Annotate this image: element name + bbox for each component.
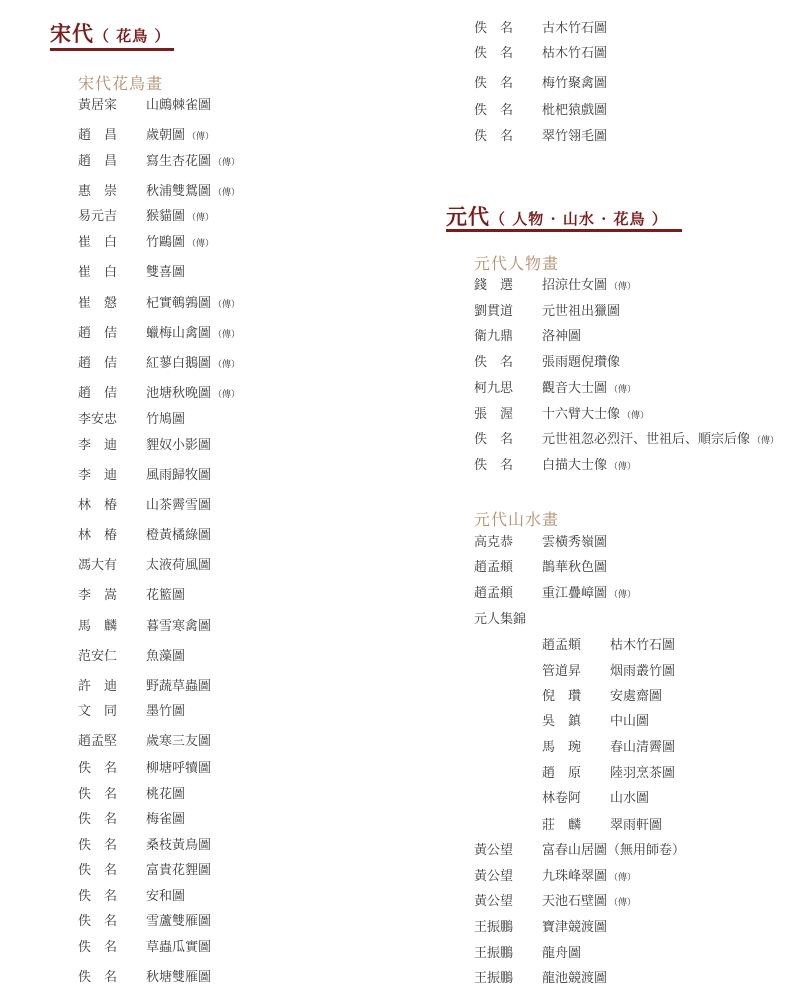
attribution-note: （傳） xyxy=(213,360,240,370)
painting-title: 雪蘆雙雁圖 xyxy=(146,913,213,932)
artist-name: 柯九思 xyxy=(474,380,534,398)
artist-name: 易元吉 xyxy=(78,208,138,226)
painting-title-text: 花籃圖 xyxy=(146,588,185,603)
painting-title: 龍舟圖 xyxy=(542,945,583,964)
artist-name: 高克恭 xyxy=(474,534,534,552)
painting-title-text: 梅雀圖 xyxy=(146,812,185,827)
attribution-note: （傳） xyxy=(622,411,649,421)
painting-title-text: 桑枝黃鳥圖 xyxy=(146,838,211,853)
artist-name: 崔 慤 xyxy=(78,295,138,313)
painting-title: 九珠峰翠圖（傳） xyxy=(542,868,636,887)
attribution-note: （傳） xyxy=(752,436,779,446)
painting-title-text: 安處齋圖 xyxy=(610,689,662,704)
painting-title: 梅雀圖 xyxy=(146,811,187,830)
painting-title-text: 招涼仕女圖 xyxy=(542,278,607,293)
painting-title: 紅蓼白鵝圖（傳） xyxy=(146,355,240,374)
painting-title: 歲寒三友圖 xyxy=(146,733,213,752)
painting-title-text: 觀音大士圖 xyxy=(542,381,607,396)
painting-title: 橙黃橘綠圖 xyxy=(146,527,213,546)
painting-title-text: 安和圖 xyxy=(146,889,185,904)
attribution-note: （傳） xyxy=(213,300,240,310)
artist-name: 佚 名 xyxy=(474,20,534,38)
artist-name: 佚 名 xyxy=(78,811,138,829)
artist-name: 佚 名 xyxy=(474,457,534,475)
painting-title-text: 歲朝圖 xyxy=(146,128,185,143)
attribution-note: （傳） xyxy=(609,385,636,395)
painting-title: 竹鳩圖 xyxy=(146,411,187,430)
attribution-note: （傳） xyxy=(187,213,214,223)
painting-title-text: 猴貓圖 xyxy=(146,209,185,224)
artist-name: 李 嵩 xyxy=(78,587,138,605)
artist-name: 佚 名 xyxy=(474,354,534,372)
painting-title: 墨竹圖 xyxy=(146,703,187,722)
painting-title-text: 天池石壁圖 xyxy=(542,894,607,909)
artist-name: 佚 名 xyxy=(78,969,138,987)
artist-name: 佚 名 xyxy=(474,45,534,63)
painting-title-text: 寶津競渡圖 xyxy=(542,920,607,935)
artist-name: 黃公望 xyxy=(474,842,534,860)
painting-title-text: 魚藻圖 xyxy=(146,649,185,664)
painting-title: 陸羽烹茶圖 xyxy=(610,765,677,784)
painting-title: 梅竹聚禽圖 xyxy=(542,75,609,94)
artist-name: 黃公望 xyxy=(474,893,534,911)
painting-title-text: 白描大士像 xyxy=(542,458,607,473)
painting-title: 白描大士像（傳） xyxy=(542,457,636,476)
artist-name: 黃居寀 xyxy=(78,97,138,115)
artist-name: 佚 名 xyxy=(78,837,138,855)
artist-name: 管道昇 xyxy=(542,663,602,681)
painting-title-text: 枯木竹石圖 xyxy=(542,46,607,61)
painting-title-text: 雪蘆雙雁圖 xyxy=(146,914,211,929)
dynasty-title-song: 宋代（ 花鳥 ） xyxy=(50,18,170,48)
artist-name: 王振鵬 xyxy=(474,945,534,963)
painting-title-text: 九珠峰翠圖 xyxy=(542,869,607,884)
painting-title: 張雨題倪瓚像 xyxy=(542,354,622,373)
painting-title-text: 暮雪寒禽圖 xyxy=(146,619,211,634)
artist-name: 李 迪 xyxy=(78,437,138,455)
painting-title: 池塘秋晚圖（傳） xyxy=(146,385,240,404)
artist-name: 佚 名 xyxy=(474,431,534,449)
painting-title: 竹鷗圖（傳） xyxy=(146,234,214,253)
dynasty-subtitle: （ 人物 · 山水 · 花鳥 ） xyxy=(490,210,668,228)
dynasty-title-yuan: 元代（ 人物 · 山水 · 花鳥 ） xyxy=(446,201,668,231)
attribution-note: （傳） xyxy=(609,282,636,292)
artist-name: 趙 佶 xyxy=(78,385,138,403)
artist-name: 李 迪 xyxy=(78,467,138,485)
artist-name: 佚 名 xyxy=(474,102,534,120)
painting-title: 寶津競渡圖 xyxy=(542,919,609,938)
painting-title-text: 鵲華秋色圖 xyxy=(542,560,607,575)
painting-title: 富春山居圖（無用師卷） xyxy=(542,842,687,861)
painting-title-text: 元世祖出獵圖 xyxy=(542,304,620,319)
painting-title: 桃花圖 xyxy=(146,786,187,805)
section-title-yuan-figure: 元代人物畫 xyxy=(474,251,559,274)
artist-name: 佚 名 xyxy=(78,888,138,906)
attribution-note: （傳） xyxy=(609,898,636,908)
artist-name: 趙 原 xyxy=(542,765,602,783)
painting-title-text: 龍舟圖 xyxy=(542,946,581,961)
artist-name: 莊 麟 xyxy=(542,817,602,835)
painting-title-text: 枇杷猿戲圖 xyxy=(542,103,607,118)
painting-title: 安處齋圖 xyxy=(610,688,664,707)
artist-name: 趙 昌 xyxy=(78,127,138,145)
painting-title: 太液荷風圖 xyxy=(146,557,213,576)
painting-title: 杞實鵪鶉圖（傳） xyxy=(146,295,240,314)
artist-name: 林 椿 xyxy=(78,497,138,515)
painting-title-text: 太液荷風圖 xyxy=(146,558,211,573)
painting-title: 觀音大士圖（傳） xyxy=(542,380,636,399)
painting-title-text: 山鷓棘雀圖 xyxy=(146,98,211,113)
painting-title: 元世祖忽必烈汗、世祖后、順宗后像（傳） xyxy=(542,431,779,450)
painting-title-text: 池塘秋晚圖 xyxy=(146,386,211,401)
artist-name: 馮大有 xyxy=(78,557,138,575)
painting-title-text: 風雨歸牧圖 xyxy=(146,468,211,483)
artist-name: 王振鵬 xyxy=(474,970,534,988)
painting-title-text: 富春山居圖（無用師卷） xyxy=(542,843,685,858)
painting-title-text: 秋塘雙雁圖 xyxy=(146,970,211,985)
artist-name: 許 迪 xyxy=(78,678,138,696)
painting-title: 桑枝黃鳥圖 xyxy=(146,837,213,856)
painting-title-text: 枯木竹石圖 xyxy=(610,638,675,653)
artist-name: 倪 瓚 xyxy=(542,688,602,706)
painting-title: 花籃圖 xyxy=(146,587,187,606)
painting-title: 安和圖 xyxy=(146,888,187,907)
painting-title-text: 蠟梅山禽圖 xyxy=(146,326,211,341)
artist-name: 崔 白 xyxy=(78,234,138,252)
artist-name: 文 同 xyxy=(78,703,138,721)
painting-title-text: 紅蓼白鵝圖 xyxy=(146,356,211,371)
painting-title: 洛神圖 xyxy=(542,328,583,347)
attribution-note: （傳） xyxy=(609,462,636,472)
artist-name: 惠 崇 xyxy=(78,183,138,201)
painting-title: 山鷓棘雀圖 xyxy=(146,97,213,116)
artist-name: 趙孟頫 xyxy=(474,559,534,577)
artist-name: 林 椿 xyxy=(78,527,138,545)
painting-title: 鵲華秋色圖 xyxy=(542,559,609,578)
painting-title-text: 烟雨叢竹圖 xyxy=(610,664,675,679)
artist-name: 錢 選 xyxy=(474,277,534,295)
artist-name: 馬 琬 xyxy=(542,739,602,757)
painting-title: 秋塘雙雁圖 xyxy=(146,969,213,988)
artist-name: 馬 麟 xyxy=(78,618,138,636)
attribution-note: （傳） xyxy=(213,188,240,198)
artist-name: 李安忠 xyxy=(78,411,138,429)
painting-title: 柳塘呼犢圖 xyxy=(146,760,213,779)
painting-title-text: 杞實鵪鶉圖 xyxy=(146,296,211,311)
painting-title-text: 竹鷗圖 xyxy=(146,235,185,250)
artist-name: 趙孟頫 xyxy=(474,585,534,603)
painting-title: 秋浦雙鴛圖（傳） xyxy=(146,183,240,202)
dynasty-divider xyxy=(50,48,174,51)
painting-title: 翠雨軒圖 xyxy=(610,817,664,836)
painting-title: 野蔬草蟲圖 xyxy=(146,678,213,697)
dynasty-divider xyxy=(446,229,682,232)
painting-title-text: 山茶霽雪圖 xyxy=(146,498,211,513)
attribution-note: （傳） xyxy=(213,390,240,400)
painting-title: 元世祖出獵圖 xyxy=(542,303,622,322)
painting-title-text: 張雨題倪瓚像 xyxy=(542,355,620,370)
painting-title-text: 野蔬草蟲圖 xyxy=(146,679,211,694)
artist-name: 林卷阿 xyxy=(542,790,602,808)
painting-title-text: 翠雨軒圖 xyxy=(610,818,662,833)
painting-title-text: 竹鳩圖 xyxy=(146,412,185,427)
painting-title-text: 春山清霽圖 xyxy=(610,740,675,755)
painting-title-text: 十六臂大士像 xyxy=(542,407,620,422)
painting-title-text: 翠竹翎毛圖 xyxy=(542,129,607,144)
painting-title: 山水圖 xyxy=(610,790,651,809)
painting-title-text: 草蟲瓜實圖 xyxy=(146,940,211,955)
painting-title: 重江疊嶂圖（傳） xyxy=(542,585,636,604)
section-title-song-bird-flower: 宋代花鳥畫 xyxy=(78,71,163,94)
painting-title-text: 元世祖忽必烈汗、世祖后、順宗后像 xyxy=(542,432,750,447)
painting-title: 草蟲瓜實圖 xyxy=(146,939,213,958)
painting-title-text: 龍池競渡圖 xyxy=(542,971,607,986)
artist-name: 衛九鼎 xyxy=(474,328,534,346)
artist-name: 佚 名 xyxy=(474,128,534,146)
artist-name: 元人集錦 xyxy=(474,611,534,629)
painting-title: 魚藻圖 xyxy=(146,648,187,667)
artist-name: 佚 名 xyxy=(78,862,138,880)
artist-name: 張 渥 xyxy=(474,406,534,424)
painting-title-text: 雙喜圖 xyxy=(146,265,185,280)
artist-name: 趙孟堅 xyxy=(78,733,138,751)
painting-title: 烟雨叢竹圖 xyxy=(610,663,677,682)
painting-title: 枯木竹石圖 xyxy=(542,45,609,64)
painting-title-text: 中山圖 xyxy=(610,714,649,729)
painting-title: 古木竹石圖 xyxy=(542,20,609,39)
artist-name: 佚 名 xyxy=(78,939,138,957)
painting-title-text: 重江疊嶂圖 xyxy=(542,586,607,601)
painting-title-text: 橙黃橘綠圖 xyxy=(146,528,211,543)
artist-name: 范安仁 xyxy=(78,648,138,666)
painting-title: 天池石壁圖（傳） xyxy=(542,893,636,912)
artist-name: 佚 名 xyxy=(78,760,138,778)
painting-title: 中山圖 xyxy=(610,713,651,732)
painting-title-text: 貍奴小影圖 xyxy=(146,438,211,453)
painting-title: 猴貓圖（傳） xyxy=(146,208,214,227)
painting-title xyxy=(542,611,544,630)
painting-title-text: 富貴花貍圖 xyxy=(146,863,211,878)
artist-name: 佚 名 xyxy=(474,75,534,93)
attribution-note: （傳） xyxy=(609,590,636,600)
attribution-note: （傳） xyxy=(609,873,636,883)
painting-title-text: 秋浦雙鴛圖 xyxy=(146,184,211,199)
painting-title: 龍池競渡圖 xyxy=(542,970,609,989)
dynasty-name: 宋代 xyxy=(50,21,94,46)
dynasty-name: 元代 xyxy=(446,204,490,229)
artist-name: 崔 白 xyxy=(78,264,138,282)
painting-title: 暮雪寒禽圖 xyxy=(146,618,213,637)
painting-title: 十六臂大士像（傳） xyxy=(542,406,649,425)
artist-name: 趙 昌 xyxy=(78,153,138,171)
painting-title: 翠竹翎毛圖 xyxy=(542,128,609,147)
artist-name: 佚 名 xyxy=(78,913,138,931)
painting-title: 蠟梅山禽圖（傳） xyxy=(146,325,240,344)
painting-title: 富貴花貍圖 xyxy=(146,862,213,881)
painting-title-text: 桃花圖 xyxy=(146,787,185,802)
painting-title: 貍奴小影圖 xyxy=(146,437,213,456)
painting-title-text: 陸羽烹茶圖 xyxy=(610,766,675,781)
artist-name: 趙 佶 xyxy=(78,355,138,373)
painting-title-text: 洛神圖 xyxy=(542,329,581,344)
section-title-yuan-landscape: 元代山水畫 xyxy=(474,507,559,530)
dynasty-subtitle: （ 花鳥 ） xyxy=(94,27,170,45)
attribution-note: （傳） xyxy=(213,330,240,340)
painting-title: 枯木竹石圖 xyxy=(610,637,677,656)
painting-title: 春山清霽圖 xyxy=(610,739,677,758)
artist-name: 趙 佶 xyxy=(78,325,138,343)
artist-name: 趙孟頫 xyxy=(542,637,602,655)
painting-title: 枇杷猿戲圖 xyxy=(542,102,609,121)
attribution-note: （傳） xyxy=(213,158,240,168)
artist-name: 黃公望 xyxy=(474,868,534,886)
painting-title: 歲朝圖（傳） xyxy=(146,127,214,146)
painting-title-text: 歲寒三友圖 xyxy=(146,734,211,749)
painting-title-text: 寫生杏花圖 xyxy=(146,154,211,169)
artist-name: 王振鵬 xyxy=(474,919,534,937)
painting-title-text: 墨竹圖 xyxy=(146,704,185,719)
painting-title: 雲橫秀嶺圖 xyxy=(542,534,609,553)
painting-title-text: 梅竹聚禽圖 xyxy=(542,76,607,91)
artist-name: 佚 名 xyxy=(78,786,138,804)
painting-title: 招涼仕女圖（傳） xyxy=(542,277,636,296)
painting-title-text: 雲橫秀嶺圖 xyxy=(542,535,607,550)
painting-title: 山茶霽雪圖 xyxy=(146,497,213,516)
painting-title-text: 柳塘呼犢圖 xyxy=(146,761,211,776)
painting-title-text: 山水圖 xyxy=(610,791,649,806)
artist-name: 吳 鎮 xyxy=(542,713,602,731)
painting-title: 寫生杏花圖（傳） xyxy=(146,153,240,172)
painting-title: 雙喜圖 xyxy=(146,264,187,283)
painting-title-text: 古木竹石圖 xyxy=(542,21,607,36)
painting-title: 風雨歸牧圖 xyxy=(146,467,213,486)
artist-name: 劉貫道 xyxy=(474,303,534,321)
attribution-note: （傳） xyxy=(187,132,214,142)
attribution-note: （傳） xyxy=(187,239,214,249)
